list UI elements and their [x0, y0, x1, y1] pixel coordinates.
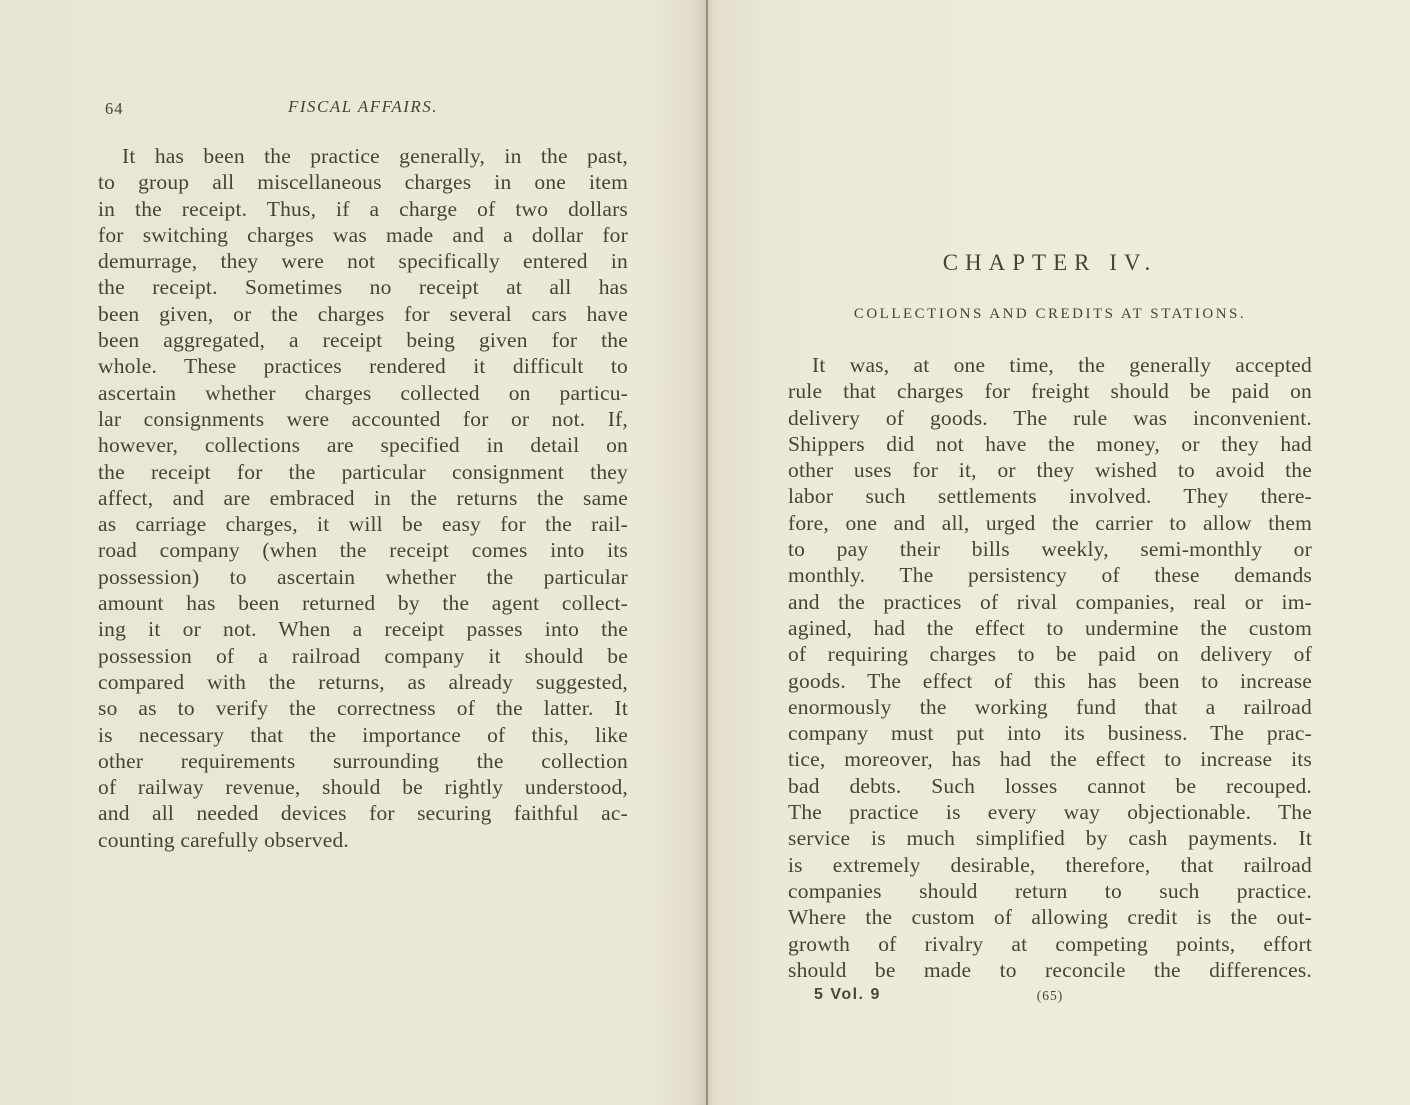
text-line: delivery of goods. The rule was inconven… [788, 405, 1312, 431]
text-line: should be made to reconcile the differen… [788, 957, 1312, 983]
text-line: affect, and are embraced in the returns … [98, 485, 628, 511]
text-line: however, collections are specified in de… [98, 432, 628, 458]
text-line: is necessary that the importance of this… [98, 722, 628, 748]
text-line: whole. These practices rendered it diffi… [98, 353, 628, 379]
right-page-footer: 5 Vol. 9 (65) [788, 985, 1312, 1007]
text-line: been given, or the charges for several c… [98, 301, 628, 327]
text-line: ing it or not. When a receipt passes int… [98, 616, 628, 642]
right-page: CHAPTER IV. COLLECTIONS AND CREDITS AT S… [788, 250, 1312, 1007]
text-line: so as to verify the correctness of the l… [98, 695, 628, 721]
text-line: other requirements surrounding the colle… [98, 748, 628, 774]
text-line: of railway revenue, should be rightly un… [98, 774, 628, 800]
text-line: rule that charges for freight should be … [788, 378, 1312, 404]
text-line: enormously the working fund that a railr… [788, 694, 1312, 720]
text-line: agined, had the effect to undermine the … [788, 615, 1312, 641]
text-line: Shippers did not have the money, or they… [788, 431, 1312, 457]
text-line: growth of rivalry at competing points, e… [788, 931, 1312, 957]
text-line: It has been the practice generally, in t… [98, 143, 628, 169]
text-line: The practice is every way objectionable.… [788, 799, 1312, 825]
text-line: fore, one and all, urged the carrier to … [788, 510, 1312, 536]
book-spread: 64 FISCAL AFFAIRS. It has been the pract… [0, 0, 1410, 1105]
text-line: as carriage charges, it will be easy for… [98, 511, 628, 537]
left-running-head: 64 FISCAL AFFAIRS. [98, 97, 628, 119]
text-line: goods. The effect of this has been to in… [788, 668, 1312, 694]
chapter-heading: CHAPTER IV. [788, 250, 1312, 276]
text-line: monthly. The persistency of these demand… [788, 562, 1312, 588]
text-line: counting carefully observed. [98, 827, 628, 853]
binding-gutter-shadow [645, 0, 775, 1105]
page-number: 64 [105, 99, 124, 119]
text-line: other uses for it, or they wished to avo… [788, 457, 1312, 483]
text-line: possession of a railroad company it shou… [98, 643, 628, 669]
text-line: been aggregated, a receipt being given f… [98, 327, 628, 353]
text-line: ascertain whether charges collected on p… [98, 380, 628, 406]
text-line: the receipt for the particular consignme… [98, 459, 628, 485]
text-line: demurrage, they were not specifically en… [98, 248, 628, 274]
right-page-body: It was, at one time, the generally accep… [788, 352, 1312, 983]
text-line: lar consignments were accounted for or n… [98, 406, 628, 432]
left-page: 64 FISCAL AFFAIRS. It has been the pract… [98, 97, 628, 853]
text-line: in the receipt. Thus, if a charge of two… [98, 196, 628, 222]
text-line: amount has been returned by the agent co… [98, 590, 628, 616]
text-line: bad debts. Such losses cannot be recoupe… [788, 773, 1312, 799]
text-line: It was, at one time, the generally accep… [788, 352, 1312, 378]
signature-mark: 5 Vol. 9 [814, 986, 881, 1004]
text-line: service is much simplified by cash payme… [788, 825, 1312, 851]
text-line: the receipt. Sometimes no receipt at all… [98, 274, 628, 300]
text-line: company must put into its business. The … [788, 720, 1312, 746]
left-page-body: It has been the practice generally, in t… [98, 143, 628, 853]
text-line: labor such settlements involved. They th… [788, 483, 1312, 509]
text-line: Where the custom of allowing credit is t… [788, 904, 1312, 930]
text-line: to group all miscellaneous charges in on… [98, 169, 628, 195]
text-line: possession) to ascertain whether the par… [98, 564, 628, 590]
text-line: and the practices of rival companies, re… [788, 589, 1312, 615]
text-line: is extremely desirable, therefore, that … [788, 852, 1312, 878]
binding-gutter-line [706, 0, 708, 1105]
text-line: and all needed devices for securing fait… [98, 800, 628, 826]
chapter-subheading: COLLECTIONS AND CREDITS AT STATIONS. [788, 305, 1312, 323]
text-line: tice, moreover, has had the effect to in… [788, 746, 1312, 772]
text-line: to pay their bills weekly, semi-monthly … [788, 536, 1312, 562]
running-title: FISCAL AFFAIRS. [98, 97, 628, 117]
text-line: road company (when the receipt comes int… [98, 537, 628, 563]
text-line: of requiring charges to be paid on deliv… [788, 641, 1312, 667]
text-line: companies should return to such practice… [788, 878, 1312, 904]
text-line: compared with the returns, as already su… [98, 669, 628, 695]
text-line: for switching charges was made and a dol… [98, 222, 628, 248]
